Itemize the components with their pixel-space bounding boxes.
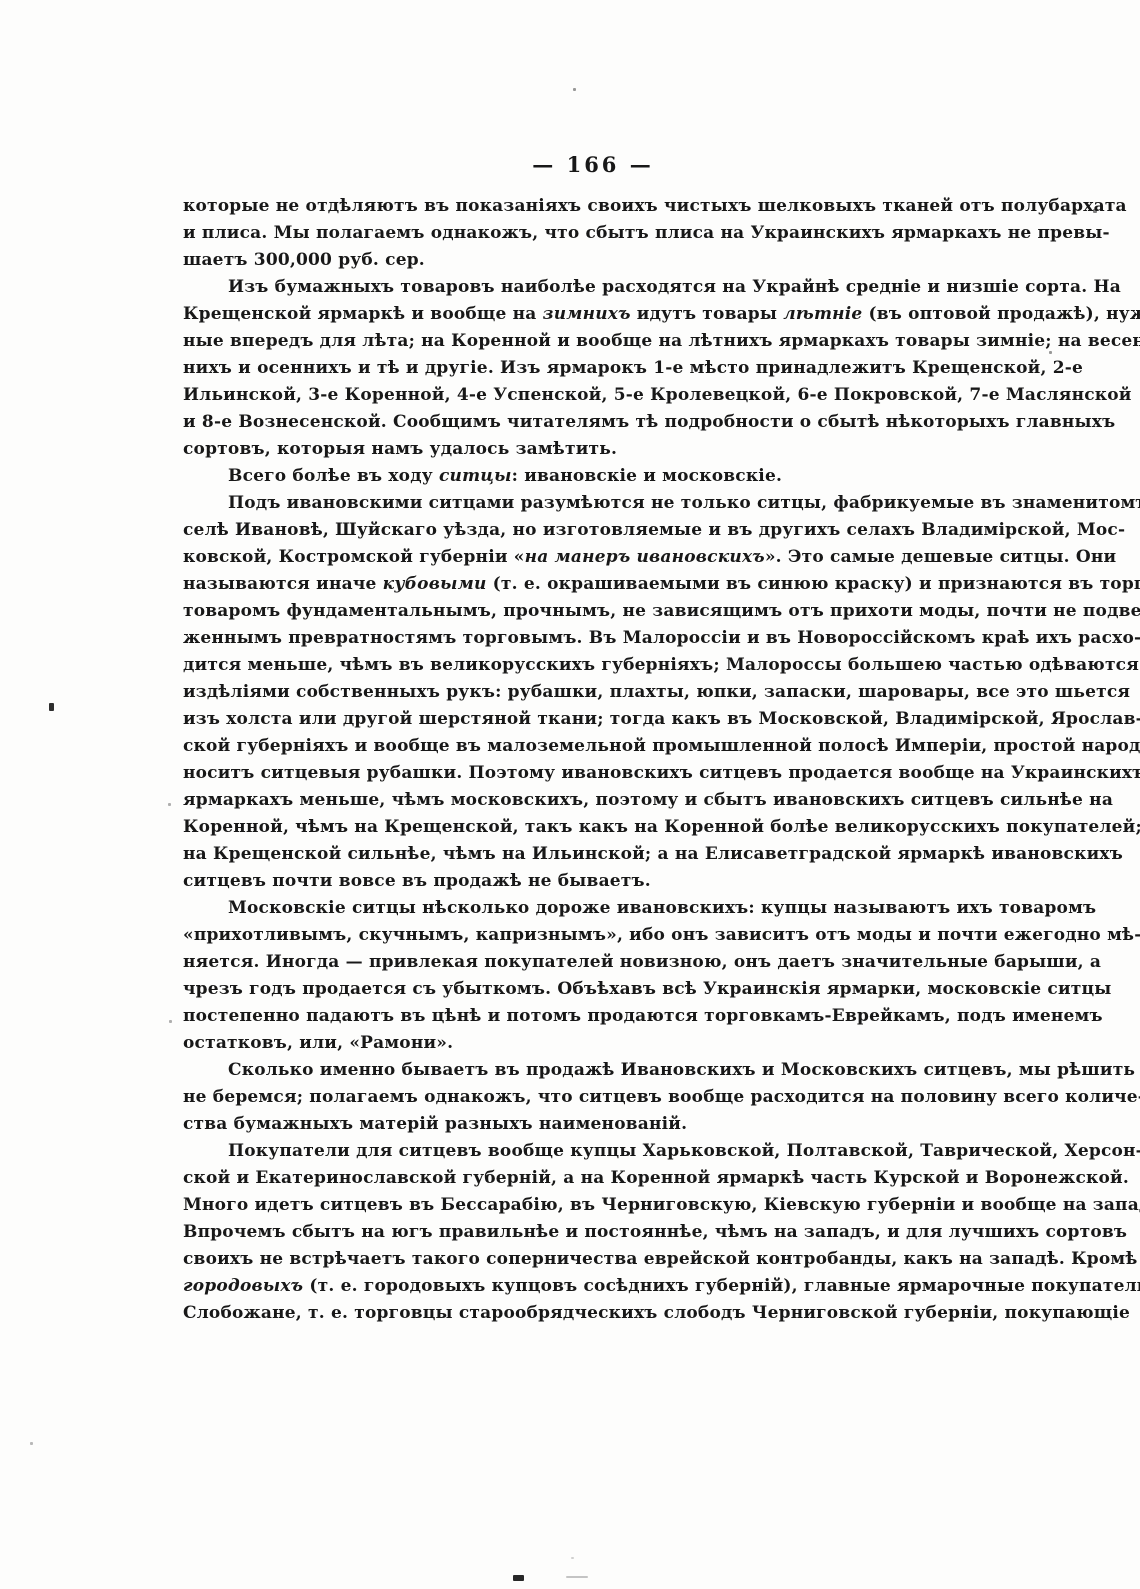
text-line: и 8-е Вознесенской. Сообщимъ читателямъ … <box>183 409 1003 436</box>
text-segment: Сколько именно бываетъ въ продажѣ Иванов… <box>228 1060 1135 1080</box>
text-segment: Много идетъ ситцевъ въ Бессарабію, въ Че… <box>183 1195 1140 1215</box>
text-segment: издѣліями собственныхъ рукъ: рубашки, пл… <box>183 682 1130 702</box>
text-line: товаромъ фундаментальнымъ, прочнымъ, не … <box>183 598 1003 625</box>
text-segment: Всего болѣе въ ходу <box>228 466 439 486</box>
scanned-book-page: — 166 — которые не отдѣляютъ въ показані… <box>0 0 1140 1589</box>
text-line: Московскіе ситцы нѣсколько дороже иванов… <box>183 895 1003 922</box>
text-line: дится меньше, чѣмъ въ великорусскихъ губ… <box>183 652 1003 679</box>
text-segment: и плиса. Мы полагаемъ однакожъ, что сбыт… <box>183 223 1110 243</box>
text-segment: чрезъ годъ продается съ убыткомъ. Объѣха… <box>183 979 1111 999</box>
text-segment: няется. Иногда — привлекая покупателей н… <box>183 952 1101 972</box>
text-segment: (въ оптовой продажѣ), нуж- <box>862 304 1140 324</box>
text-segment: на Крещенской сильнѣе, чѣмъ на Ильинской… <box>183 844 1123 864</box>
text-block: которые не отдѣляютъ въ показаніяхъ свои… <box>183 193 1003 1327</box>
text-segment: «прихотливымъ, скучнымъ, капризнымъ», иб… <box>183 925 1140 945</box>
text-line: изъ холста или другой шерстяной ткани; т… <box>183 706 1003 733</box>
text-segment: Подъ ивановскими ситцами разумѣются не т… <box>228 493 1140 513</box>
text-line: своихъ не встрѣчаетъ такого соперничеств… <box>183 1246 1003 1273</box>
scan-speck <box>49 703 54 711</box>
scan-speck <box>169 1020 172 1023</box>
text-segment: шаетъ 300,000 руб. сер. <box>183 250 425 270</box>
text-segment: ные впередъ для лѣта; на Коренной и вооб… <box>183 331 1140 351</box>
text-line: ской и Екатеринославской губерній, а на … <box>183 1165 1003 1192</box>
scan-speck <box>571 1557 574 1559</box>
text-segment: Слобожане, т. е. торговцы старообрядческ… <box>183 1303 1130 1323</box>
text-segment: ства бумажныхъ матерій разныхъ наименова… <box>183 1114 687 1134</box>
text-line: постепенно падаютъ въ цѣнѣ и потомъ прод… <box>183 1003 1003 1030</box>
text-segment: своихъ не встрѣчаетъ такого соперничеств… <box>183 1249 1138 1269</box>
text-line: ской губерніяхъ и вообще въ малоземельно… <box>183 733 1003 760</box>
text-line: Изъ бумажныхъ товаровъ наиболѣе расходят… <box>183 274 1003 301</box>
italic-text-segment: лѣтніе <box>783 304 862 324</box>
text-line: Подъ ивановскими ситцами разумѣются не т… <box>183 490 1003 517</box>
text-segment: ситцевъ почти вовсе въ продажѣ не бывает… <box>183 871 651 891</box>
italic-text-segment: ситцы <box>439 466 512 486</box>
text-segment: изъ холста или другой шерстяной ткани; т… <box>183 709 1140 729</box>
text-line: женнымъ превратностямъ торговымъ. Въ Мал… <box>183 625 1003 652</box>
text-segment: и 8-е Вознесенской. Сообщимъ читателямъ … <box>183 412 1115 432</box>
text-segment: Ильинской, 3-е Коренной, 4-е Успенской, … <box>183 385 1132 405</box>
italic-text-segment: на манеръ ивановскихъ <box>525 547 765 567</box>
text-segment: Крещенской ярмаркѣ и вообще на <box>183 304 543 324</box>
italic-text-segment: городовыхъ <box>183 1276 303 1296</box>
text-segment: ской губерніяхъ и вообще въ малоземельно… <box>183 736 1140 756</box>
text-segment: остатковъ, или, «Рамони». <box>183 1033 453 1053</box>
text-line: Всего болѣе въ ходу ситцы: ивановскіе и … <box>183 463 1003 490</box>
text-segment: ской и Екатеринославской губерній, а на … <box>183 1168 1129 1188</box>
text-segment: идутъ товары <box>631 304 784 324</box>
text-line: и плиса. Мы полагаемъ однакожъ, что сбыт… <box>183 220 1003 247</box>
text-segment: Московскіе ситцы нѣсколько дороже иванов… <box>228 898 1096 918</box>
text-line: городовыхъ (т. е. городовыхъ купцовъ сос… <box>183 1273 1003 1300</box>
text-segment: которые не отдѣляютъ въ показаніяхъ свои… <box>183 196 1127 216</box>
text-line: называются иначе кубовыми (т. е. окрашив… <box>183 571 1003 598</box>
text-line: Сколько именно бываетъ въ продажѣ Иванов… <box>183 1057 1003 1084</box>
text-segment: нихъ и осеннихъ и тѣ и другіе. Изъ ярмар… <box>183 358 1083 378</box>
text-segment: носитъ ситцевыя рубашки. Поэтому ивановс… <box>183 763 1140 783</box>
text-line: ства бумажныхъ матерій разныхъ наименова… <box>183 1111 1003 1138</box>
scan-speck <box>168 803 171 806</box>
text-line: остатковъ, или, «Рамони». <box>183 1030 1003 1057</box>
text-line: чрезъ годъ продается съ убыткомъ. Объѣха… <box>183 976 1003 1003</box>
text-segment: : ивановскіе и московскіе. <box>512 466 782 486</box>
text-line: селѣ Ивановѣ, Шуйскаго уѣзда, но изготов… <box>183 517 1003 544</box>
text-segment: сортовъ, которыя намъ удалось замѣтить. <box>183 439 617 459</box>
text-line: носитъ ситцевыя рубашки. Поэтому ивановс… <box>183 760 1003 787</box>
text-line: ярмаркахъ меньше, чѣмъ московскихъ, поэт… <box>183 787 1003 814</box>
text-line: Впрочемъ сбытъ на югъ правильнѣе и посто… <box>183 1219 1003 1246</box>
text-line: ситцевъ почти вовсе въ продажѣ не бывает… <box>183 868 1003 895</box>
text-line: Слобожане, т. е. торговцы старообрядческ… <box>183 1300 1003 1327</box>
scan-speck <box>1049 351 1052 354</box>
text-segment: ковской, Костромской губерніи « <box>183 547 525 567</box>
text-segment: ». Это самые дешевые ситцы. Они <box>765 547 1117 567</box>
text-segment: (т. е. окрашиваемыми въ синюю краску) и … <box>487 574 1140 594</box>
text-line: не беремся; полагаемъ однакожъ, что ситц… <box>183 1084 1003 1111</box>
italic-text-segment: зимнихъ <box>543 304 631 324</box>
text-segment: не беремся; полагаемъ однакожъ, что ситц… <box>183 1087 1140 1107</box>
text-line: няется. Иногда — привлекая покупателей н… <box>183 949 1003 976</box>
text-line: издѣліями собственныхъ рукъ: рубашки, пл… <box>183 679 1003 706</box>
text-line: «прихотливымъ, скучнымъ, капризнымъ», иб… <box>183 922 1003 949</box>
text-line: шаетъ 300,000 руб. сер. <box>183 247 1003 274</box>
text-line: нихъ и осеннихъ и тѣ и другіе. Изъ ярмар… <box>183 355 1003 382</box>
scan-speck <box>573 88 576 91</box>
text-segment: Покупатели для ситцевъ вообще купцы Харь… <box>228 1141 1140 1161</box>
text-segment: Коренной, чѣмъ на Крещенской, такъ какъ … <box>183 817 1140 837</box>
text-line: Крещенской ярмаркѣ и вообще на зимнихъ и… <box>183 301 1003 328</box>
text-segment: Изъ бумажныхъ товаровъ наиболѣе расходят… <box>228 277 1121 297</box>
italic-text-segment: кубовыми <box>383 574 487 594</box>
text-line: на Крещенской сильнѣе, чѣмъ на Ильинской… <box>183 841 1003 868</box>
text-segment: (т. е. городовыхъ купцовъ сосѣднихъ губе… <box>303 1276 1140 1296</box>
scan-speck <box>566 1576 588 1578</box>
text-segment: женнымъ превратностямъ торговымъ. Въ Мал… <box>183 628 1140 648</box>
text-segment: Впрочемъ сбытъ на югъ правильнѣе и посто… <box>183 1222 1127 1242</box>
text-segment: называются иначе <box>183 574 383 594</box>
text-line: Много идетъ ситцевъ въ Бессарабію, въ Че… <box>183 1192 1003 1219</box>
page-number: — 166 — <box>183 152 1003 177</box>
text-line: Ильинской, 3-е Коренной, 4-е Успенской, … <box>183 382 1003 409</box>
text-line: Коренной, чѣмъ на Крещенской, такъ какъ … <box>183 814 1003 841</box>
text-line: сортовъ, которыя намъ удалось замѣтить. <box>183 436 1003 463</box>
text-line: ковской, Костромской губерніи «на манеръ… <box>183 544 1003 571</box>
scan-speck <box>1093 209 1097 213</box>
scan-speck <box>30 1442 33 1445</box>
text-line: Покупатели для ситцевъ вообще купцы Харь… <box>183 1138 1003 1165</box>
text-segment: постепенно падаютъ въ цѣнѣ и потомъ прод… <box>183 1006 1103 1026</box>
text-segment: ярмаркахъ меньше, чѣмъ московскихъ, поэт… <box>183 790 1113 810</box>
text-line: ные впередъ для лѣта; на Коренной и вооб… <box>183 328 1003 355</box>
text-line: которые не отдѣляютъ въ показаніяхъ свои… <box>183 193 1003 220</box>
scan-speck <box>513 1575 524 1581</box>
text-segment: селѣ Ивановѣ, Шуйскаго уѣзда, но изготов… <box>183 520 1125 540</box>
text-segment: дится меньше, чѣмъ въ великорусскихъ губ… <box>183 655 1139 675</box>
text-segment: товаромъ фундаментальнымъ, прочнымъ, не … <box>183 601 1140 621</box>
